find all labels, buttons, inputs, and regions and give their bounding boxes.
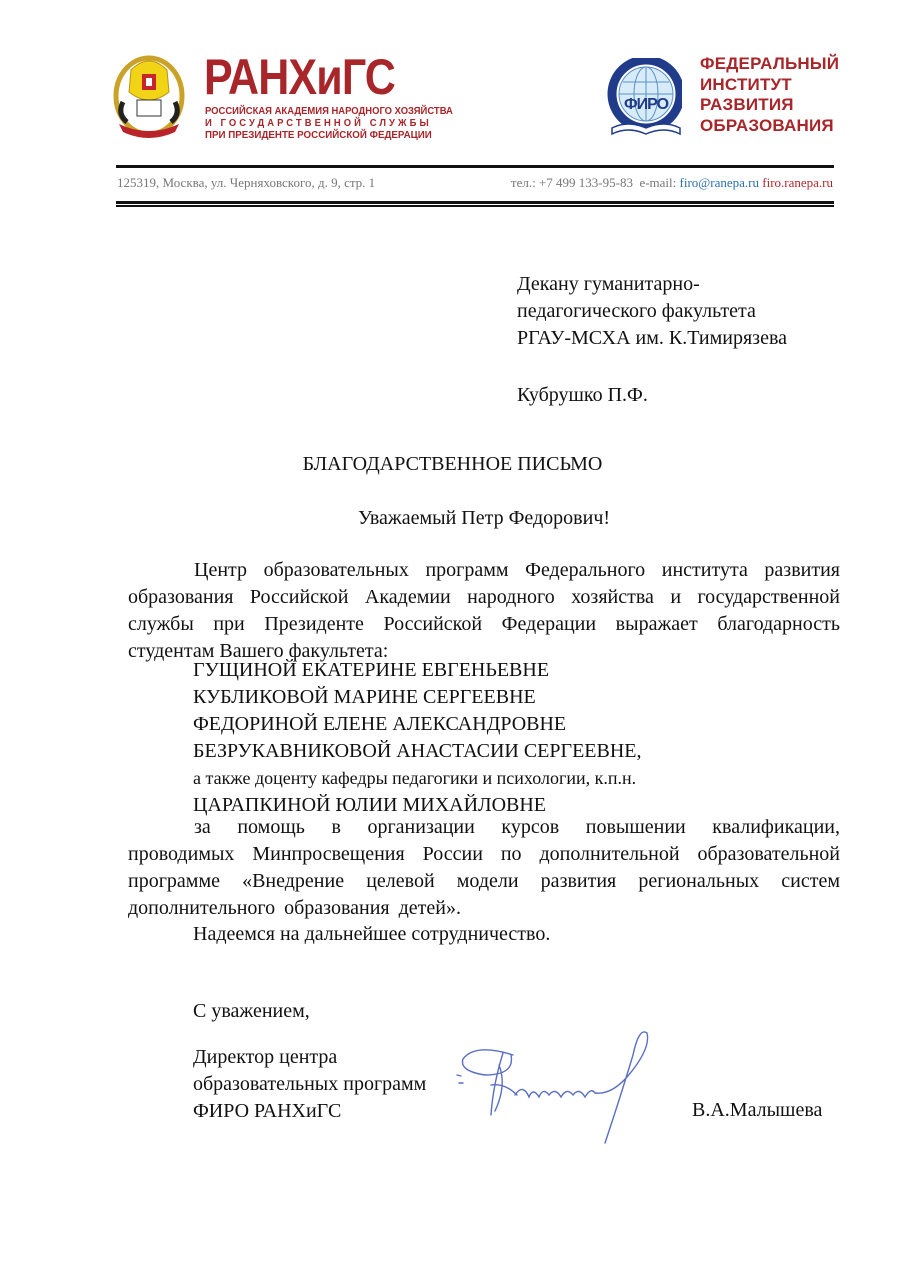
firo-wordmark: ФЕДЕРАЛЬНЫЙ ИНСТИТУТ РАЗВИТИЯ ОБРАЗОВАНИ…	[700, 54, 839, 136]
contact-info: тел.: +7 499 133-95-83 e-mail: firo@rane…	[511, 175, 833, 191]
header-rule-top	[116, 165, 834, 168]
header-rule-bottom-thin	[116, 205, 834, 207]
ranepa-subtitle-line: И ГОСУДАРСТВЕННОЙ СЛУЖБЫ	[205, 117, 432, 129]
student-name: КУБЛИКОВОЙ МАРИНЕ СЕРГЕЕВНЕ	[193, 684, 642, 711]
addressee-name: Кубрушко П.Ф.	[517, 382, 787, 409]
signer-name: В.А.Малышева	[692, 1097, 822, 1124]
addressee-line: педагогического факультета	[517, 298, 787, 325]
student-name: ГУЩИНОЙ ЕКАТЕРИНЕ ЕВГЕНЬЕВНЕ	[193, 657, 642, 684]
firo-title-line: ФЕДЕРАЛЬНЫЙ	[700, 54, 839, 75]
letter-greeting: Уважаемый Петр Федорович!	[0, 505, 905, 532]
addressee-block: Декану гуманитарно- педагогического факу…	[517, 271, 787, 409]
signer-position: Директор центра образовательных программ…	[193, 1044, 426, 1125]
reason-paragraph: за помощь в организации курсов повышении…	[128, 814, 840, 922]
docent-intro: а также доценту кафедры педагогики и пси…	[193, 765, 642, 792]
ranepa-wordmark: РАНХиГС	[204, 52, 395, 102]
firo-title-line: ОБРАЗОВАНИЯ	[700, 116, 839, 137]
position-line: Директор центра	[193, 1044, 426, 1071]
student-name: БЕЗРУКАВНИКОВОЙ АНАСТАСИИ СЕРГЕЕВНЕ,	[193, 738, 642, 765]
regards: С уважением,	[193, 998, 310, 1025]
ranepa-emblem	[113, 52, 185, 142]
handwritten-signature	[455, 1025, 695, 1150]
contact-address: 125319, Москва, ул. Черняховского, д. 9,…	[117, 175, 375, 191]
student-name: ФЕДОРИНОЙ ЕЛЕНЕ АЛЕКСАНДРОВНЕ	[193, 711, 642, 738]
ranepa-subtitle-line: ПРИ ПРЕЗИДЕНТЕ РОССИЙСКОЙ ФЕДЕРАЦИИ	[205, 129, 432, 141]
header-rule-bottom	[116, 201, 834, 204]
addressee-line: РГАУ-МСХА им. К.Тимирязева	[517, 325, 787, 352]
email-label: e-mail:	[639, 175, 676, 190]
intro-paragraph: Центр образовательных программ Федеральн…	[128, 557, 840, 665]
contact-phone: тел.: +7 499 133-95-83	[511, 175, 633, 190]
position-line: ФИРО РАНХиГС	[193, 1098, 426, 1125]
firo-emblem-text: ФИРО	[618, 96, 674, 114]
letter-title: БЛАГОДАРСТВЕННОЕ ПИСЬМО	[0, 451, 905, 478]
ranepa-subtitle-line: РОССИЙСКАЯ АКАДЕМИЯ НАРОДНОГО ХОЗЯЙСТВА	[205, 105, 453, 117]
email-link[interactable]: firo@ranepa.ru	[680, 175, 759, 190]
firo-title-line: ИНСТИТУТ	[700, 75, 839, 96]
closing-hope: Надеемся на дальнейшее сотрудничество.	[193, 921, 550, 948]
firo-emblem: ФИРО	[606, 58, 682, 140]
student-list: ГУЩИНОЙ ЕКАТЕРИНЕ ЕВГЕНЬЕВНЕ КУБЛИКОВОЙ …	[193, 657, 642, 819]
firo-title-line: РАЗВИТИЯ	[700, 95, 839, 116]
website-link[interactable]: firo.ranepa.ru	[762, 175, 833, 190]
addressee-line: Декану гуманитарно-	[517, 271, 787, 298]
position-line: образовательных программ	[193, 1071, 426, 1098]
